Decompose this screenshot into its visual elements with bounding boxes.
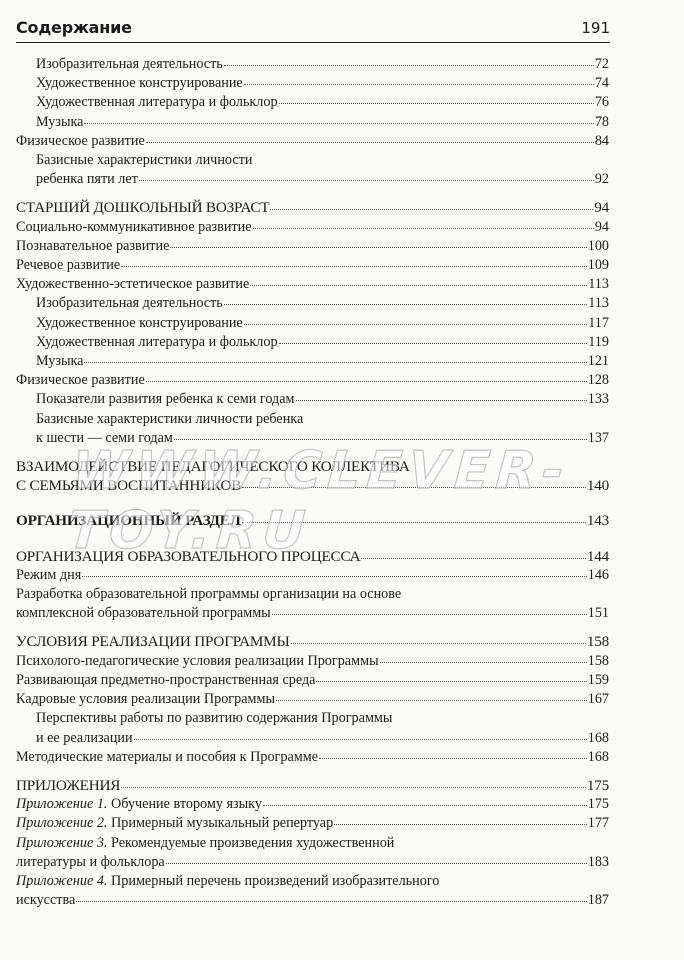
toc-entry-text: Перспективы работы по развитию содержани… [36, 710, 392, 726]
toc-page-number: 151 [588, 604, 609, 623]
toc-page-number: 167 [588, 690, 609, 709]
toc-page-number: 113 [588, 275, 609, 294]
toc-entry-text: Физическое развитие [16, 371, 145, 390]
toc-entry-text: УСЛОВИЯ РЕАЛИЗАЦИИ ПРОГРАММЫ [16, 632, 290, 651]
toc-page-number: 133 [588, 390, 609, 409]
toc-entry-title-line: Приложение 3. Рекомендуемые произведения… [16, 834, 609, 853]
toc-entry-text: ВЗАИМОДЕЙСТВИЕ ПЕДАГОГИЧЕСКОГО КОЛЛЕКТИВ… [16, 458, 410, 475]
toc-entry-text: Познавательное развитие [16, 237, 169, 256]
toc-entry-text: к шести — семи годам [36, 429, 173, 448]
dot-leader [319, 758, 587, 759]
toc-entry-text: Приложение 2. Примерный музыкальный репе… [16, 814, 333, 833]
toc-entry: Физическое развитие128 [16, 371, 609, 390]
dot-leader [296, 400, 587, 401]
table-of-contents: Изобразительная деятельность72Художестве… [16, 55, 609, 910]
toc-entry-text: ОРГАНИЗАЦИЯ ОБРАЗОВАТЕЛЬНОГО ПРОЦЕССА [16, 547, 360, 566]
toc-entry-text: Музыка [36, 113, 83, 132]
toc-entry-text: Изобразительная деятельность [36, 294, 223, 313]
toc-entry: СТАРШИЙ ДОШКОЛЬНЫЙ ВОЗРАСТ94 [16, 198, 609, 217]
dot-leader [82, 576, 586, 577]
page-title: Содержание [16, 18, 132, 37]
dot-leader [242, 487, 586, 488]
toc-entry: Социально-коммуникативное развитие94 [16, 218, 609, 237]
appendix-label: Приложение 3. [16, 835, 107, 851]
toc-entry: ВЗАИМОДЕЙСТВИЕ ПЕДАГОГИЧЕСКОГО КОЛЛЕКТИВ… [16, 457, 609, 495]
toc-entry: Музыка78 [16, 113, 609, 132]
toc-page-number: 158 [588, 652, 609, 671]
toc-entry: Приложение 1. Обучение второму языку175 [16, 795, 609, 814]
toc-page-number: 119 [588, 333, 609, 352]
toc-page-number: 175 [587, 776, 609, 795]
toc-entry-text: Кадровые условия реализации Программы [16, 690, 275, 709]
toc-page-number: 117 [588, 314, 609, 333]
toc-entry-title-line: Приложение 4. Примерный перечень произве… [16, 872, 609, 891]
toc-entry-text: литературы и фольклора [16, 853, 165, 872]
toc-page-number: 146 [588, 566, 609, 585]
toc-entry-text: Социально-коммуникативное развитие [16, 218, 252, 237]
toc-entry-text: ПРИЛОЖЕНИЯ [16, 776, 120, 795]
toc-entry: Перспективы работы по развитию содержани… [16, 709, 609, 747]
toc-entry-text: Развивающая предметно-пространственная с… [16, 671, 315, 690]
dot-leader [84, 123, 593, 124]
dot-leader [244, 324, 588, 325]
toc-page-number: 158 [587, 632, 609, 651]
toc-entry: Приложение 2. Примерный музыкальный репе… [16, 814, 609, 833]
toc-entry-title-line: Базисные характеристики личности [36, 151, 609, 170]
dot-leader [224, 65, 594, 66]
toc-entry: Изобразительная деятельность113 [16, 294, 609, 313]
toc-entry-title-line: ВЗАИМОДЕЙСТВИЕ ПЕДАГОГИЧЕСКОГО КОЛЛЕКТИВ… [16, 457, 609, 476]
toc-entry: Показатели развития ребенка к семи годам… [16, 390, 609, 409]
toc-entry: Художественное конструирование117 [16, 314, 609, 333]
toc-entry-text: Художественное конструирование [36, 74, 243, 93]
toc-page-number: 175 [588, 795, 609, 814]
dot-leader [121, 787, 586, 788]
toc-entry-text: Изобразительная деятельность [36, 55, 223, 74]
toc-entry: Художественная литература и фольклор119 [16, 333, 609, 352]
toc-page-number: 168 [588, 748, 609, 767]
toc-entry-text: Художественная литература и фольклор [36, 93, 278, 112]
toc-entry-text: СТАРШИЙ ДОШКОЛЬНЫЙ ВОЗРАСТ [16, 198, 269, 217]
toc-entry-text: комплексной образовательной программы [16, 604, 271, 623]
dot-leader [242, 522, 586, 523]
toc-entry-text: Психолого-педагогические условия реализа… [16, 652, 379, 671]
toc-entry-text: Физическое развитие [16, 132, 145, 151]
toc-entry-text: С СЕМЬЯМИ ВОСПИТАННИКОВ [16, 476, 241, 495]
toc-entry: Художественно-эстетическое развитие113 [16, 275, 609, 294]
dot-leader [166, 863, 587, 864]
toc-entry: Развивающая предметно-пространственная с… [16, 671, 609, 690]
toc-entry: Художественная литература и фольклор76 [16, 93, 609, 112]
toc-entry-text: Художественное конструирование [36, 314, 243, 333]
toc-entry-text: и ее реализации [36, 729, 133, 748]
dot-leader [334, 824, 587, 825]
toc-entry: ОРГАНИЗАЦИЯ ОБРАЗОВАТЕЛЬНОГО ПРОЦЕССА144 [16, 547, 609, 566]
toc-entry-text: искусства [16, 891, 75, 910]
dot-leader [361, 558, 585, 559]
toc-entry: Изобразительная деятельность72 [16, 55, 609, 74]
dot-leader [279, 103, 594, 104]
dot-leader [224, 304, 587, 305]
toc-entry-text: ребенка пяти лет [36, 170, 138, 189]
toc-entry: ПРИЛОЖЕНИЯ175 [16, 776, 609, 795]
dot-leader [146, 142, 594, 143]
toc-page-number: 100 [588, 237, 609, 256]
toc-entry: ОРГАНИЗАЦИОННЫЙ РАЗДЕЛ143 [16, 511, 609, 530]
toc-page-number: 92 [595, 170, 609, 189]
toc-entry-text: Примерный перечень произведений изобрази… [107, 873, 439, 889]
toc-page-number: 137 [588, 429, 609, 448]
toc-entry-title-line: Разработка образовательной программы орг… [16, 585, 609, 604]
dot-leader [316, 681, 586, 682]
appendix-label: Приложение 1. [16, 796, 107, 812]
toc-entry: Кадровые условия реализации Программы167 [16, 690, 609, 709]
toc-page-number: 94 [594, 198, 609, 217]
toc-page-number: 187 [588, 891, 609, 910]
toc-entry: Методические материалы и пособия к Прогр… [16, 748, 609, 767]
dot-leader [253, 228, 594, 229]
toc-page-number: 140 [587, 476, 609, 495]
toc-entry-text: Художественно-эстетическое развитие [16, 275, 249, 294]
appendix-label: Приложение 2. [16, 815, 107, 831]
toc-page-number: 109 [588, 256, 609, 275]
dot-leader [170, 247, 586, 248]
dot-leader [146, 381, 587, 382]
toc-page-number: 84 [595, 132, 609, 151]
page-header: Содержание 191 [16, 14, 610, 43]
toc-entry: Базисные характеристики личностиребенка … [16, 151, 609, 189]
dot-leader [250, 285, 587, 286]
toc-entry-text: Базисные характеристики личности ребенка [36, 411, 303, 427]
dot-leader [272, 614, 587, 615]
dot-leader [380, 662, 587, 663]
toc-entry: Базисные характеристики личности ребенка… [16, 410, 609, 448]
toc-entry-title-line: Базисные характеристики личности ребенка [36, 410, 609, 429]
toc-entry-text: Режим дня [16, 566, 81, 585]
dot-leader [84, 362, 586, 363]
toc-entry-text: Показатели развития ребенка к семи годам [36, 390, 295, 409]
appendix-label: Приложение 4. [16, 873, 107, 889]
dot-leader [134, 739, 587, 740]
toc-entry: Познавательное развитие100 [16, 237, 609, 256]
toc-entry-text: Рекомендуемые произведения художественно… [107, 835, 394, 851]
toc-entry: Музыка121 [16, 352, 609, 371]
toc-entry-text: ОРГАНИЗАЦИОННЫЙ РАЗДЕЛ [16, 511, 241, 530]
toc-entry: Режим дня146 [16, 566, 609, 585]
dot-leader [270, 209, 593, 210]
toc-entry-text: Разработка образовательной программы орг… [16, 586, 401, 602]
dot-leader [279, 343, 588, 344]
toc-page-number: 121 [588, 352, 609, 371]
dot-leader [121, 266, 587, 267]
toc-page-number: 72 [595, 55, 609, 74]
toc-entry: Психолого-педагогические условия реализа… [16, 652, 609, 671]
toc-entry-text: Музыка [36, 352, 83, 371]
toc-page-number: 78 [595, 113, 609, 132]
toc-page-number: 144 [587, 547, 609, 566]
page-number: 191 [581, 19, 610, 37]
dot-leader [276, 700, 587, 701]
toc-entry-text: Методические материалы и пособия к Прогр… [16, 748, 318, 767]
dot-leader [174, 439, 587, 440]
toc-entry: Разработка образовательной программы орг… [16, 585, 609, 623]
toc-page-number: 168 [588, 729, 609, 748]
toc-page-number: 113 [588, 294, 609, 313]
toc-page-number: 159 [588, 671, 609, 690]
dot-leader [76, 901, 586, 902]
dot-leader [139, 180, 594, 181]
toc-entry-title-line: Перспективы работы по развитию содержани… [36, 709, 609, 728]
toc-entry: Речевое развитие109 [16, 256, 609, 275]
toc-entry-text: Базисные характеристики личности [36, 152, 252, 168]
dot-leader [263, 805, 587, 806]
toc-entry: УСЛОВИЯ РЕАЛИЗАЦИИ ПРОГРАММЫ158 [16, 632, 609, 651]
toc-page-number: 177 [588, 814, 609, 833]
dot-leader [291, 643, 586, 644]
toc-page-number: 183 [588, 853, 609, 872]
toc-entry-text: Художественная литература и фольклор [36, 333, 278, 352]
dot-leader [244, 84, 594, 85]
toc-page-number: 74 [595, 74, 609, 93]
toc-page-number: 76 [595, 93, 609, 112]
toc-entry: Приложение 4. Примерный перечень произве… [16, 872, 609, 910]
toc-entry-text: Речевое развитие [16, 256, 120, 275]
toc-entry: Художественное конструирование74 [16, 74, 609, 93]
toc-page-number: 128 [588, 371, 609, 390]
toc-entry: Приложение 3. Рекомендуемые произведения… [16, 834, 609, 872]
toc-page-number: 143 [587, 511, 609, 530]
toc-page-number: 94 [595, 218, 609, 237]
toc-entry: Физическое развитие84 [16, 132, 609, 151]
toc-entry-text: Приложение 1. Обучение второму языку [16, 795, 262, 814]
